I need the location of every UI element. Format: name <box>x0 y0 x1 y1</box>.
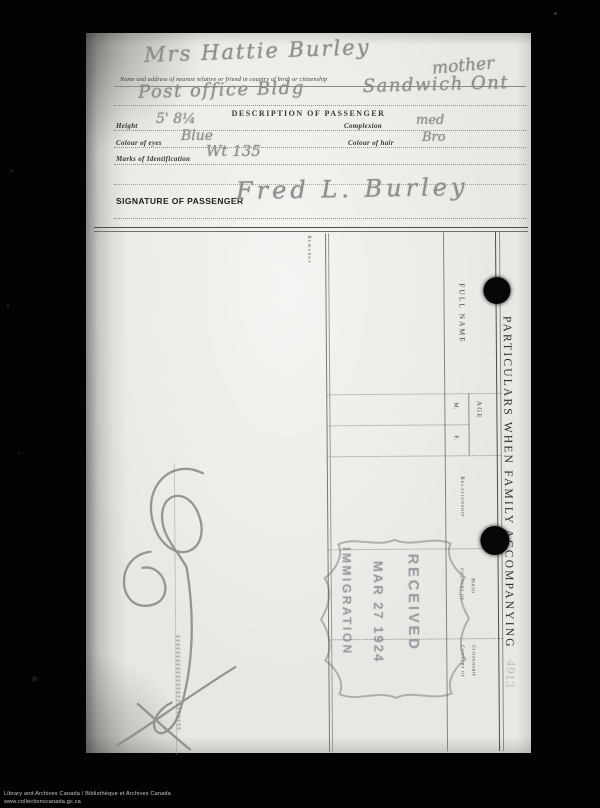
received-stamp: RECEIVED MAR 27 1924 IMMIGRATION <box>316 533 473 704</box>
officer-signature-handwriting <box>98 455 250 756</box>
scan-speck <box>32 676 37 682</box>
scan-speck <box>554 12 557 15</box>
col-header-male: M. <box>452 402 458 409</box>
scan-speck <box>18 452 20 454</box>
table-side-title: PARTICULARS WHEN FAMILY ACCOMPANYING <box>501 316 516 649</box>
stamp-immigration-text: IMMIGRATION <box>339 547 354 656</box>
scan-speck <box>10 170 13 172</box>
col-header-age: Age <box>475 401 482 419</box>
pencil-number-annotation: 4913 <box>503 660 517 689</box>
stamp-date-text: MAR 27 1924 <box>371 561 387 663</box>
table-line <box>327 455 501 457</box>
archive-url: www.collectionscanada.gc.ca <box>4 799 81 805</box>
col-header-remarks: Remarks <box>306 235 311 263</box>
table-line <box>327 424 469 426</box>
form-paper: Mrs Hattie Burley mother Name and addres… <box>86 33 531 753</box>
stamp-received-text: RECEIVED <box>405 554 422 652</box>
col-header-relationship: Relationship <box>459 476 465 517</box>
col-header-full-name: Full Name <box>457 283 466 344</box>
punch-hole <box>480 526 509 555</box>
table-line <box>326 393 500 395</box>
scan-speck <box>7 305 9 308</box>
col-header-female: F. <box>453 435 459 439</box>
family-table: PARTICULARS WHEN FAMILY ACCOMPANYING Rem… <box>84 33 535 756</box>
punch-hole <box>483 277 510 304</box>
scanned-document-view: Mrs Hattie Burley mother Name and addres… <box>0 0 600 808</box>
archive-credit-line: Library and Archives Canada / Bibliothèq… <box>4 791 171 797</box>
